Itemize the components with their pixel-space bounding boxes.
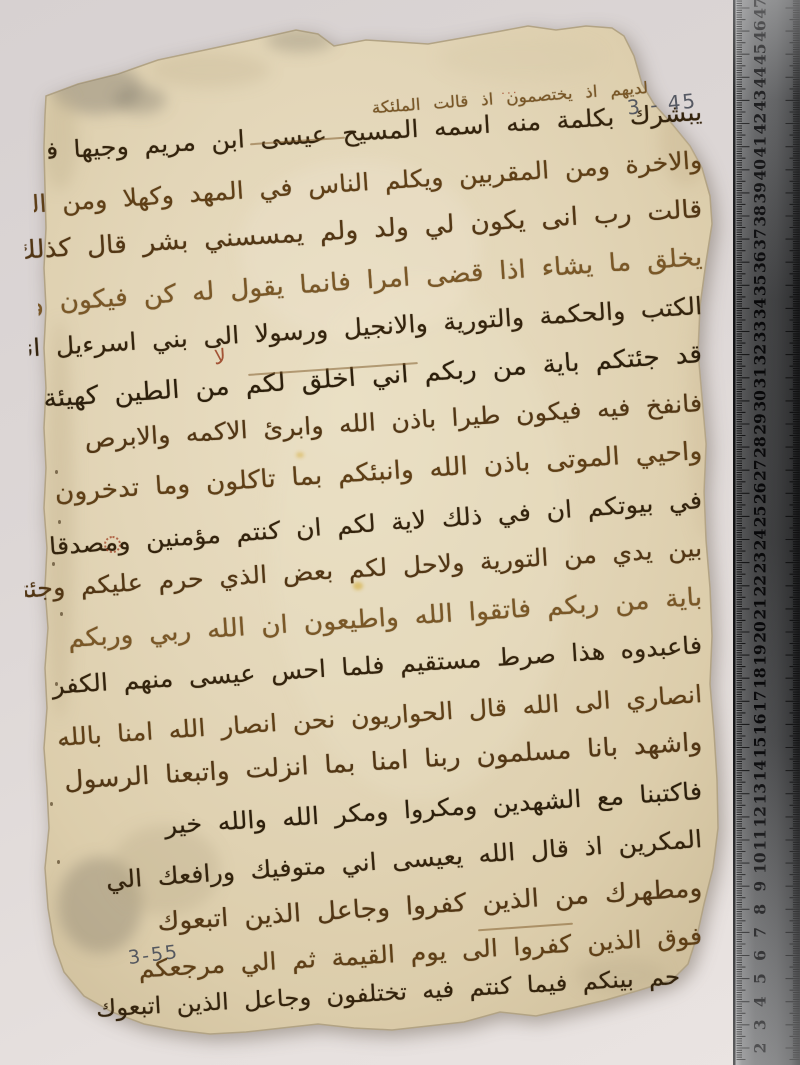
ruler-number: 37 — [751, 228, 770, 250]
ruler-number: 12 — [751, 806, 770, 828]
ruler-ticks-and-numbers: 4746454443424140393837363534333231302928… — [733, 0, 800, 1065]
ruler-number: 27 — [751, 459, 770, 481]
ruler-number: 8 — [751, 904, 770, 915]
ruler-number: 21 — [751, 598, 770, 620]
ruler-number: 23 — [751, 552, 770, 574]
ruler-number: 24 — [751, 529, 770, 551]
ruler-number: 3 — [751, 1019, 770, 1030]
ruler-number: 31 — [751, 367, 770, 389]
ruler-number: 4 — [751, 996, 770, 1007]
red-ink-dots: ٠٠٠ — [500, 85, 519, 99]
ruler-number: 6 — [751, 950, 770, 961]
ruler-number: 5 — [751, 973, 770, 984]
ruler-number: 46 — [751, 20, 770, 42]
ruler-number: 41 — [751, 136, 770, 158]
ruler-number: 2 — [751, 1043, 770, 1054]
parchment-leaf — [0, 0, 800, 1065]
ruler-number: 28 — [751, 436, 770, 458]
ruler-number: 20 — [751, 621, 770, 643]
ruler-number: 9 — [751, 881, 770, 892]
ruler-number: 10 — [751, 852, 770, 874]
ruler-number: 7 — [751, 927, 770, 938]
ruler-number: 40 — [751, 159, 770, 181]
red-ink-word: لا — [213, 345, 227, 370]
ruler-number: 26 — [751, 483, 770, 505]
measuring-ruler: 4746454443424140393837363534333231302928… — [733, 0, 800, 1065]
ruler-number: 47 — [751, 0, 770, 19]
ruler-number: 35 — [751, 275, 770, 297]
ruler-number: 18 — [751, 667, 770, 689]
ruler-number: 17 — [751, 691, 770, 713]
ruler-number: 15 — [751, 737, 770, 759]
ruler-number: 43 — [751, 90, 770, 112]
ruler-number: 16 — [751, 714, 770, 736]
ruler-number: 22 — [751, 575, 770, 597]
photograph-stage: لديهم اذ يختصمون اذ قالت الملئكة يمريم ا… — [0, 0, 800, 1065]
ruler-number: 19 — [751, 644, 770, 666]
ruler-number: 44 — [751, 66, 770, 88]
ruler-number: 42 — [751, 113, 770, 135]
ruler-number: 11 — [751, 829, 770, 851]
ruler-number: 13 — [751, 783, 770, 805]
ruler-number: 33 — [751, 321, 770, 343]
ruler-number: 14 — [751, 760, 770, 782]
ruler-number: 39 — [751, 182, 770, 204]
ruler-number: 32 — [751, 344, 770, 366]
ruler-number: 25 — [751, 506, 770, 528]
ruler-number: 36 — [751, 251, 770, 273]
ruler-number: 45 — [751, 43, 770, 65]
ruler-number: 29 — [751, 413, 770, 435]
ruler-number: 38 — [751, 205, 770, 227]
verse-divider-dots — [104, 536, 121, 553]
ruler-number: 30 — [751, 390, 770, 412]
ruler-number: 34 — [751, 297, 770, 319]
